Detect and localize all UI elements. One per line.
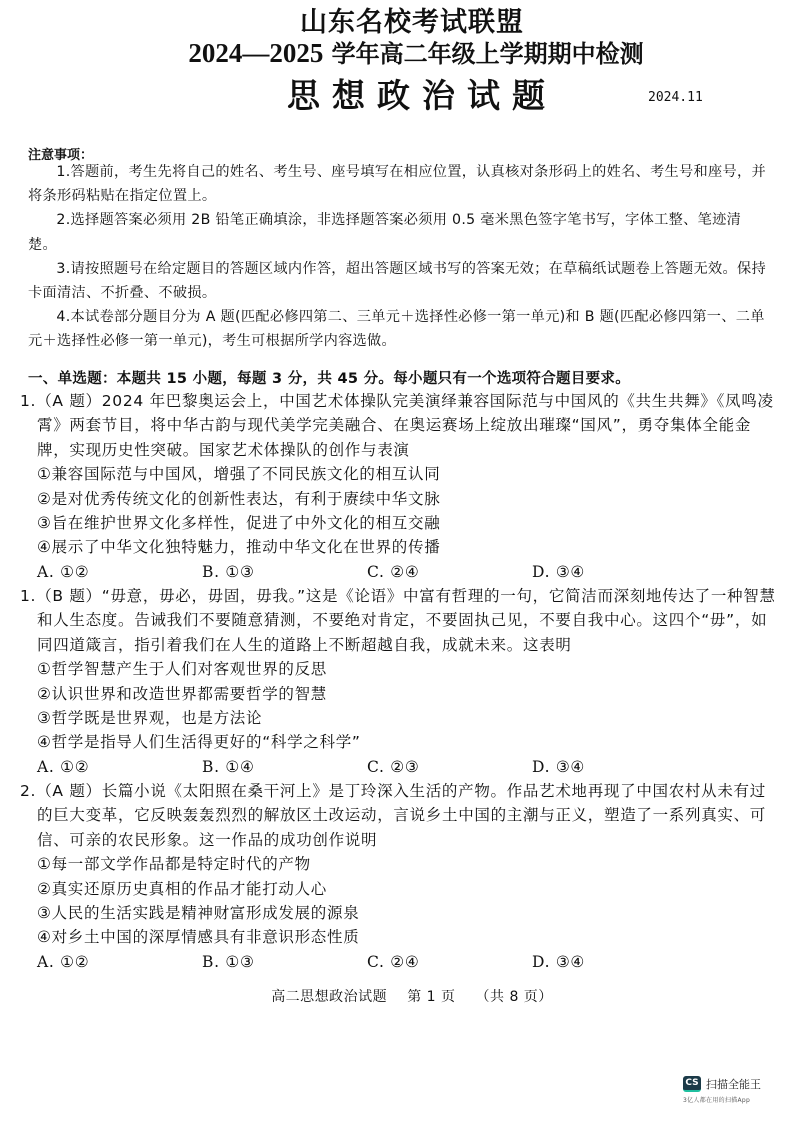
exam-date: 2024.11 bbox=[648, 90, 703, 105]
page-footer: 高二思想政治试题第 1 页（共 8 页） bbox=[0, 986, 794, 1006]
note-item: 2.选择题答案必须用 2B 铅笔正确填涂，非选择题答案必须用 0.5 毫米黑色签… bbox=[28, 208, 768, 256]
choice-a: A. ①② bbox=[37, 560, 202, 584]
notes-list: 1.答题前，考生先将自己的姓名、考生号、座号填写在相应位置，认真核对条形码上的姓… bbox=[28, 160, 768, 354]
exam-term-title: 2024—2025 学年高二年级上学期期中检测 bbox=[0, 34, 794, 69]
camscanner-logo-icon: CS bbox=[683, 1076, 701, 1092]
question-stem: 1.（B 题）“毋意，毋必，毋固，毋我。”这是《论语》中富有哲理的一句，它简洁而… bbox=[20, 584, 780, 657]
question-2a: 2.（A 题）长篇小说《太阳照在桑干河上》是丁玲深入生活的产物。作品艺术地再现了… bbox=[20, 779, 780, 974]
choice-d: D. ③④ bbox=[532, 560, 697, 584]
answer-choices: A. ①② B. ①③ C. ②④ D. ③④ bbox=[20, 560, 780, 584]
footer-page-number: 第 1 页 bbox=[407, 989, 455, 1005]
choice-c: C. ②④ bbox=[367, 560, 532, 584]
school-year: 2024—2025 bbox=[188, 38, 323, 68]
question-1a: 1.（A 题）2024 年巴黎奥运会上，中国艺术体操队完美演绎兼容国际范与中国风… bbox=[20, 389, 780, 584]
answer-choices: A. ①② B. ①④ C. ②③ D. ③④ bbox=[20, 755, 780, 779]
question-1b: 1.（B 题）“毋意，毋必，毋固，毋我。”这是《论语》中富有哲理的一句，它简洁而… bbox=[20, 584, 780, 779]
choice-a: A. ①② bbox=[37, 950, 202, 974]
choice-d: D. ③④ bbox=[532, 950, 697, 974]
scanner-watermark: CS 扫描全能王 3亿人都在用的扫描App bbox=[683, 1076, 793, 1104]
statement-option: ④展示了中华文化独特魅力，推动中华文化在世界的传播 bbox=[20, 535, 780, 559]
note-item: 1.答题前，考生先将自己的姓名、考生号、座号填写在相应位置，认真核对条形码上的姓… bbox=[28, 160, 768, 208]
statement-option: ②是对优秀传统文化的创新性表达，有利于赓续中华文脉 bbox=[20, 487, 780, 511]
answer-choices: A. ①② B. ①③ C. ②④ D. ③④ bbox=[20, 950, 780, 974]
statement-option: ③人民的生活实践是精神财富形成发展的源泉 bbox=[20, 901, 780, 925]
choice-c: C. ②④ bbox=[367, 950, 532, 974]
term-label: 学年高二年级上学期期中检测 bbox=[323, 40, 643, 68]
question-stem: 1.（A 题）2024 年巴黎奥运会上，中国艺术体操队完美演绎兼容国际范与中国风… bbox=[20, 389, 780, 462]
statement-option: ④对乡土中国的深厚情感具有非意识形态性质 bbox=[20, 925, 780, 949]
footer-page-total: （共 8 页） bbox=[476, 989, 553, 1005]
section-heading: 一、单选题：本题共 15 小题，每题 3 分，共 45 分。每小题只有一个选项符… bbox=[28, 367, 630, 388]
statement-option: ①每一部文学作品都是特定时代的产物 bbox=[20, 852, 780, 876]
watermark-tagline: 3亿人都在用的扫描App bbox=[683, 1095, 793, 1104]
question-stem: 2.（A 题）长篇小说《太阳照在桑干河上》是丁玲深入生活的产物。作品艺术地再现了… bbox=[20, 779, 780, 852]
choice-b: B. ①③ bbox=[202, 560, 367, 584]
choice-b: B. ①③ bbox=[202, 950, 367, 974]
watermark-app-name: 扫描全能王 bbox=[706, 1076, 761, 1092]
statement-option: ③哲学既是世界观，也是方法论 bbox=[20, 706, 780, 730]
statement-option: ①哲学智慧产生于人们对客观世界的反思 bbox=[20, 657, 780, 681]
choice-d: D. ③④ bbox=[532, 755, 697, 779]
note-item: 3.请按照题号在给定题目的答题区域内作答，超出答题区域书写的答案无效；在草稿纸试… bbox=[28, 257, 768, 305]
statement-option: ③旨在维护世界文化多样性，促进了中外文化的相互交融 bbox=[20, 511, 780, 535]
statement-option: ④哲学是指导人们生活得更好的“科学之科学” bbox=[20, 730, 780, 754]
choice-a: A. ①② bbox=[37, 755, 202, 779]
statement-option: ②认识世界和改造世界都需要哲学的智慧 bbox=[20, 682, 780, 706]
statement-option: ①兼容国际范与中国风，增强了不同民族文化的相互认同 bbox=[20, 462, 780, 486]
footer-subject: 高二思想政治试题 bbox=[271, 989, 387, 1005]
choice-b: B. ①④ bbox=[202, 755, 367, 779]
choice-c: C. ②③ bbox=[367, 755, 532, 779]
statement-option: ②真实还原历史真相的作品才能打动人心 bbox=[20, 877, 780, 901]
note-item: 4.本试卷部分题目分为 A 题(匹配必修四第二、三单元＋选择性必修一第一单元)和… bbox=[28, 305, 768, 353]
